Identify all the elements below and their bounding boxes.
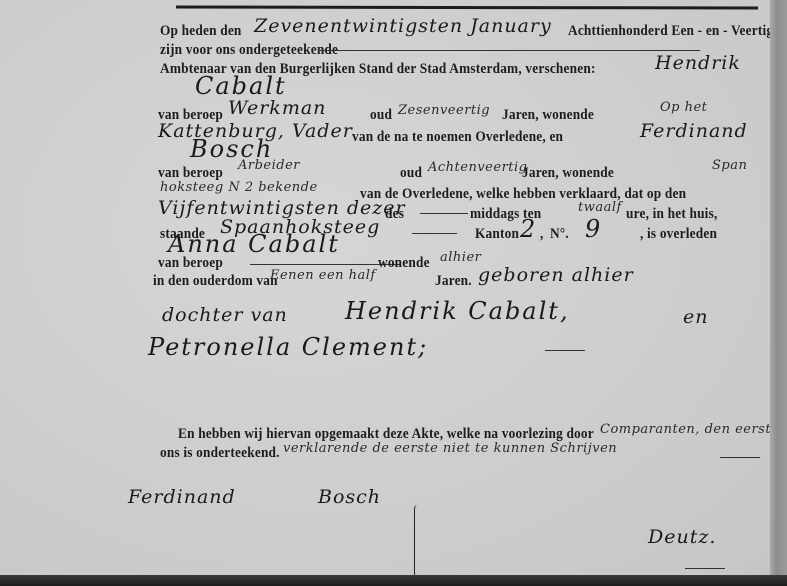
father-name: Hendrik Cabalt, xyxy=(345,297,570,325)
printed-line-6: van de na te noemen Overledene, en xyxy=(352,128,582,146)
printed-line-11e: , is overleden xyxy=(640,225,724,243)
house-number: 9 xyxy=(585,215,602,243)
printed-line-14b: Jaren. xyxy=(435,272,475,290)
blank-rule xyxy=(545,350,585,351)
printed-line-10c: ure, in het huis, xyxy=(626,205,725,223)
declarant1-residence-a: Op het xyxy=(660,100,707,115)
blank-rule xyxy=(420,213,468,214)
declarant2-age: Achtenveertig xyxy=(428,160,527,175)
bottom-edge-shadow xyxy=(0,575,787,586)
blank-rule xyxy=(720,457,760,458)
closing-line-2: ons is onderteekend. xyxy=(160,444,290,462)
declarant2-occupation: Arbeider xyxy=(238,158,300,173)
printed-line-11d: N°. xyxy=(550,225,571,243)
signature-bracket xyxy=(414,505,421,577)
death-hour: twaalf xyxy=(578,200,622,215)
declarant1-age: Zesenveertig xyxy=(398,103,490,118)
handwritten-date: Zevenentwintigsten January xyxy=(254,15,552,37)
blank-rule xyxy=(685,568,725,569)
printed-line-11c: , xyxy=(540,225,544,243)
signature-note: verklarende de eerste niet te kunnen Sch… xyxy=(283,441,617,456)
printed-line-14a: in den ouderdom van xyxy=(153,272,289,290)
page-edge-shadow xyxy=(770,0,787,586)
declarant1-occupation: Werkman xyxy=(228,97,326,119)
signature-official: Deutz. xyxy=(648,526,716,548)
printed-line-10a: des xyxy=(385,205,406,223)
signature-declarant-first: Ferdinand xyxy=(128,486,236,508)
daughter-of: dochter van xyxy=(162,304,288,326)
kanton-number: 2 xyxy=(520,215,537,243)
declarant2-residence-a: Span xyxy=(712,158,747,173)
printed-line-9: van de Overledene, welke hebben verklaar… xyxy=(360,185,715,203)
declarant2-first-name: Ferdinand xyxy=(640,120,748,142)
printed-line-8b: oud xyxy=(400,164,424,182)
printed-line-13a: van beroep xyxy=(158,254,229,272)
printed-line-5c: Jaren, wonende xyxy=(502,106,602,124)
top-rule xyxy=(176,5,758,9)
declarant2-residence-b: hoksteeg N 2 bekende xyxy=(160,180,318,195)
record-page: Op heden den Zevenentwintigsten January … xyxy=(0,0,770,575)
blank-rule xyxy=(412,233,457,234)
birthplace: geboren alhier xyxy=(478,264,634,286)
read-by: Comparanten, den eersten xyxy=(600,422,787,437)
declarant1-last-name: Cabalt xyxy=(195,72,287,100)
printed-line-1a: Op heden den xyxy=(160,22,249,40)
deceased-age: Eenen een half xyxy=(270,268,376,283)
printed-line-13b: wonende xyxy=(378,254,434,272)
signature-declarant-last: Bosch xyxy=(318,486,381,508)
printed-line-1b: Achttienhonderd Een - en - Veertig, xyxy=(568,22,787,40)
declarant1-first-name: Hendrik xyxy=(655,52,741,74)
deceased-residence: alhier xyxy=(440,250,481,265)
and-conjunction: en xyxy=(683,306,708,328)
mother-name: Petronella Clement; xyxy=(148,333,428,361)
printed-line-8c: Jaren, wonende xyxy=(522,164,622,182)
blank-rule xyxy=(320,50,700,51)
printed-line-11b: Kanton xyxy=(475,225,523,243)
printed-line-5b: oud xyxy=(370,106,394,124)
